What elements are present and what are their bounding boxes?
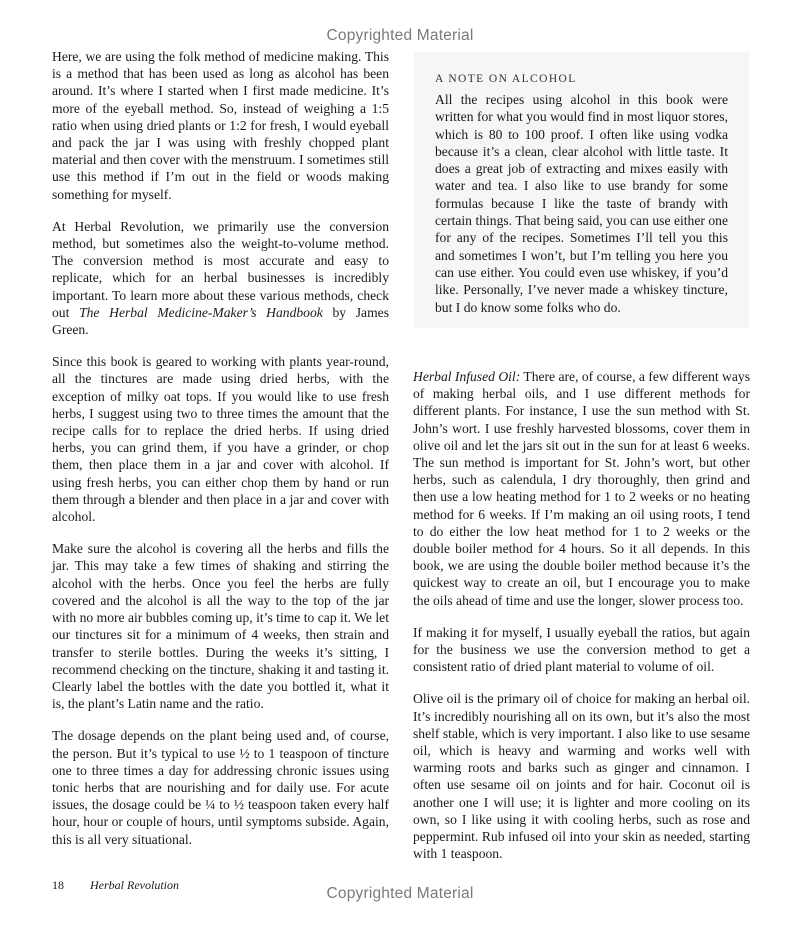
paragraph-text: There are, of course, a few different wa… (413, 369, 750, 608)
paragraph-eyeball-ratios: If making it for myself, I usually eyeba… (413, 624, 750, 676)
paragraph-herbal-infused-oil: Herbal Infused Oil: There are, of course… (413, 368, 750, 609)
paragraph-folk-method: Here, we are using the folk method of me… (52, 48, 389, 203)
paragraph-dosage: The dosage depends on the plant being us… (52, 727, 389, 847)
note-body: All the recipes using alcohol in this bo… (435, 91, 728, 316)
paragraph-covering-herbs: Make sure the alcohol is covering all th… (52, 540, 389, 712)
note-on-alcohol-sidebar: A Note on Alcohol All the recipes using … (414, 52, 749, 328)
paragraph-dried-herbs: Since this book is geared to working wit… (52, 353, 389, 525)
paragraph-olive-oil: Olive oil is the primary oil of choice f… (413, 690, 750, 862)
left-column: Here, we are using the folk method of me… (52, 48, 389, 863)
copyright-watermark-top: Copyrighted Material (0, 27, 800, 45)
section-run-in-heading: Herbal Infused Oil: (413, 369, 520, 384)
book-reference: The Herbal Medicine-Maker’s Handbook (79, 305, 323, 320)
paragraph-conversion-method: At Herbal Revolution, we primarily use t… (52, 218, 389, 338)
right-column: Herbal Infused Oil: There are, of course… (413, 368, 750, 877)
note-title: A Note on Alcohol (435, 72, 728, 87)
copyright-watermark-bottom: Copyrighted Material (0, 885, 800, 903)
